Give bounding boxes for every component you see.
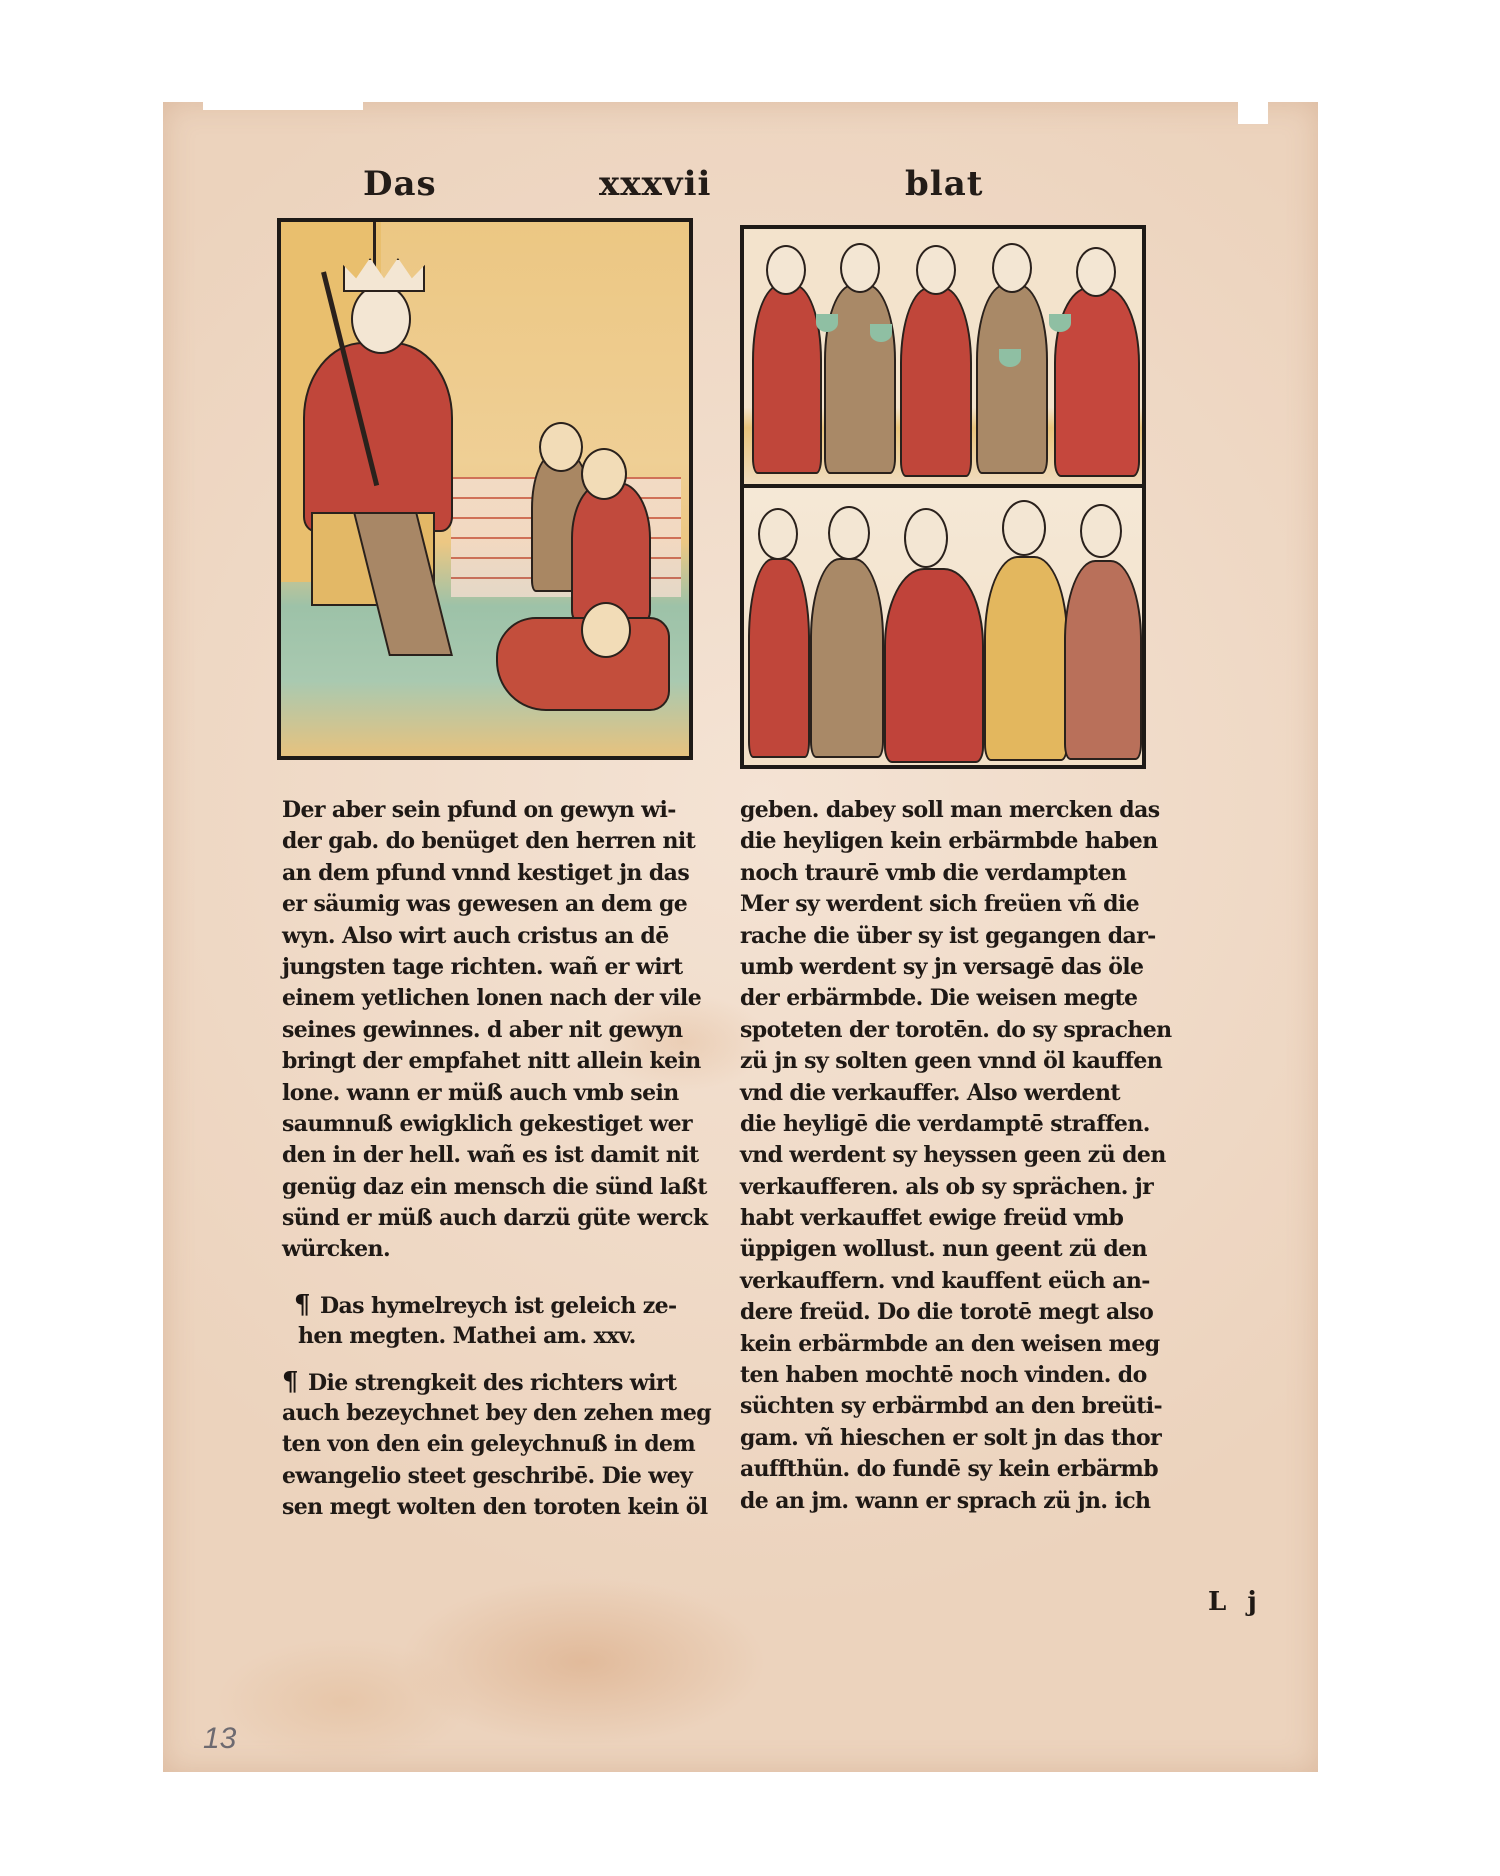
virgin-head [828,506,870,560]
folio-number: xxxvii [599,164,711,204]
woodcut-left [277,218,693,760]
woodcut-wise-virgins [744,229,1142,488]
virgin-figure [1064,560,1142,760]
running-head-right: blat [905,164,983,204]
text-line: seines gewinnes. d aber nit gewyn [282,1015,742,1046]
text-column-left: Der aber sein pfund on gewyn wi- der gab… [282,795,742,1524]
text-line: bringt der empfahet nitt allein kein [282,1046,742,1077]
text-line: würcken. [282,1234,742,1265]
text-line: verkaufferen. als ob sy sprächen. jr [740,1172,1210,1203]
virgin-head [1076,247,1116,297]
text-line: Der aber sein pfund on gewyn wi- [282,795,742,826]
text-line: süchten sy erbärmbd an den breüti- [740,1391,1210,1422]
text-line: an dem pfund vnnd kestiget jn das [282,858,742,889]
text-line: spoteten der torotēn. do sy sprachen [740,1015,1210,1046]
text-line: geben. dabey soll man mercken das [740,795,1210,826]
text-line: verkauffern. vnd kauffent eüch an- [740,1266,1210,1297]
signature-mark: L j [1208,1587,1263,1617]
servant-head [539,422,583,472]
running-head-left: Das [363,164,437,204]
virgin-figure [748,558,810,758]
text-line: jungsten tage richten. wañ er wirt [282,952,742,983]
servant-head [581,448,627,500]
text-line: der gab. do benüget den herren nit [282,826,742,857]
fallen-servant-head [581,602,631,658]
paragraph-gap [282,1353,742,1367]
text-line: zü jn sy solten geen vnnd öl kauffen [740,1046,1210,1077]
text-line: die heyligen kein erbärmbde haben [740,826,1210,857]
torn-edge [203,100,363,110]
text-line: wyn. Also wirt auch cristus an dē [282,921,742,952]
virgin-figure [900,287,972,477]
torn-edge [1238,102,1268,124]
text-line: kein erbärmbde an den weisen meg [740,1329,1210,1360]
virgin-head [840,243,880,293]
rubric-text: Das hymelreych ist geleich ze- [320,1293,677,1319]
lamp-icon [1049,314,1071,332]
pilcrow-icon: ¶ [282,1367,306,1398]
woodcut-foolish-virgins [744,488,1142,765]
text-line: den in der hell. wañ es ist damit nit [282,1140,742,1171]
text-line: einem yetlichen lonen nach der vile [282,983,742,1014]
text-line-content: Die strengkeit des richters wirt [308,1370,676,1396]
text-line: habt verkauffet ewige freüd vmb [740,1203,1210,1234]
virgin-head [992,243,1032,293]
virgin-head [758,508,798,560]
text-line: vnd die verkauffer. Also werdent [740,1078,1210,1109]
text-line: umb werdent sy jn versagē das öle [740,952,1210,983]
text-line: auch bezeychnet bey den zehen meg [282,1398,742,1429]
lamp-icon [816,314,838,332]
lamp-icon [999,349,1021,367]
text-line: ewangelio steet geschribē. Die wey [282,1461,742,1492]
text-line: ten von den ein geleychnuß in dem [282,1429,742,1460]
virgin-figure [810,558,884,758]
text-line: er säumig was gewesen an dem ge [282,889,742,920]
text-line: sen megt wolten den toroten kein öl [282,1492,742,1523]
virgin-figure [884,568,984,763]
text-line: die heyligē die verdamptē straffen. [740,1109,1210,1140]
king-figure [303,342,453,532]
rubric-line: hen megten. Mathei am. xxv. [282,1321,742,1352]
virgin-figure [976,284,1048,474]
text-line: sünd er müß auch darzü güte werck [282,1203,742,1234]
text-line: lone. wann er müß auch vmb sein [282,1078,742,1109]
virgin-head [916,245,956,295]
text-line: ¶Die strengkeit des richters wirt [282,1367,742,1398]
text-line: de an jm. wann er sprach zü jn. ich [740,1486,1210,1517]
text-line: vnd werdent sy heyssen geen zü den [740,1140,1210,1171]
book-leaf: Das xxxvii blat [163,102,1318,1772]
text-line: auffthün. do fundē sy kein erbärmb [740,1454,1210,1485]
virgin-figure [984,556,1068,761]
text-line: noch traurē vmb die verdampten [740,858,1210,889]
text-line: Mer sy werdent sich freüen vñ die [740,889,1210,920]
text-line: üppigen wollust. nun geent zü den [740,1234,1210,1265]
lamp-icon [870,324,892,342]
text-line: der erbärmbde. Die weisen megte [740,983,1210,1014]
text-column-right: geben. dabey soll man mercken das die he… [740,795,1210,1517]
virgin-head [1002,500,1046,556]
king-head [351,284,411,354]
text-line: saumnuß ewigklich gekestiget wer [282,1109,742,1140]
virgin-head [766,245,806,295]
text-line: dere freüd. Do die torotē megt also [740,1297,1210,1328]
text-line: genüg daz ein mensch die sünd laßt [282,1172,742,1203]
paragraph-gap [282,1266,742,1290]
servant-figure [571,482,651,622]
rubric-line: ¶Das hymelreych ist geleich ze- [282,1290,742,1321]
text-line: ten haben mochtē noch vinden. do [740,1360,1210,1391]
virgin-head [904,508,948,568]
text-line: gam. vñ hieschen er solt jn das thor [740,1423,1210,1454]
virgin-figure [824,284,896,474]
virgin-figure [752,284,822,474]
pencil-leaf-number: 13 [203,1722,236,1756]
pilcrow-icon: ¶ [294,1290,318,1321]
woodcut-right [740,225,1146,769]
text-line: rache die über sy ist gegangen dar- [740,921,1210,952]
virgin-head [1080,504,1122,558]
